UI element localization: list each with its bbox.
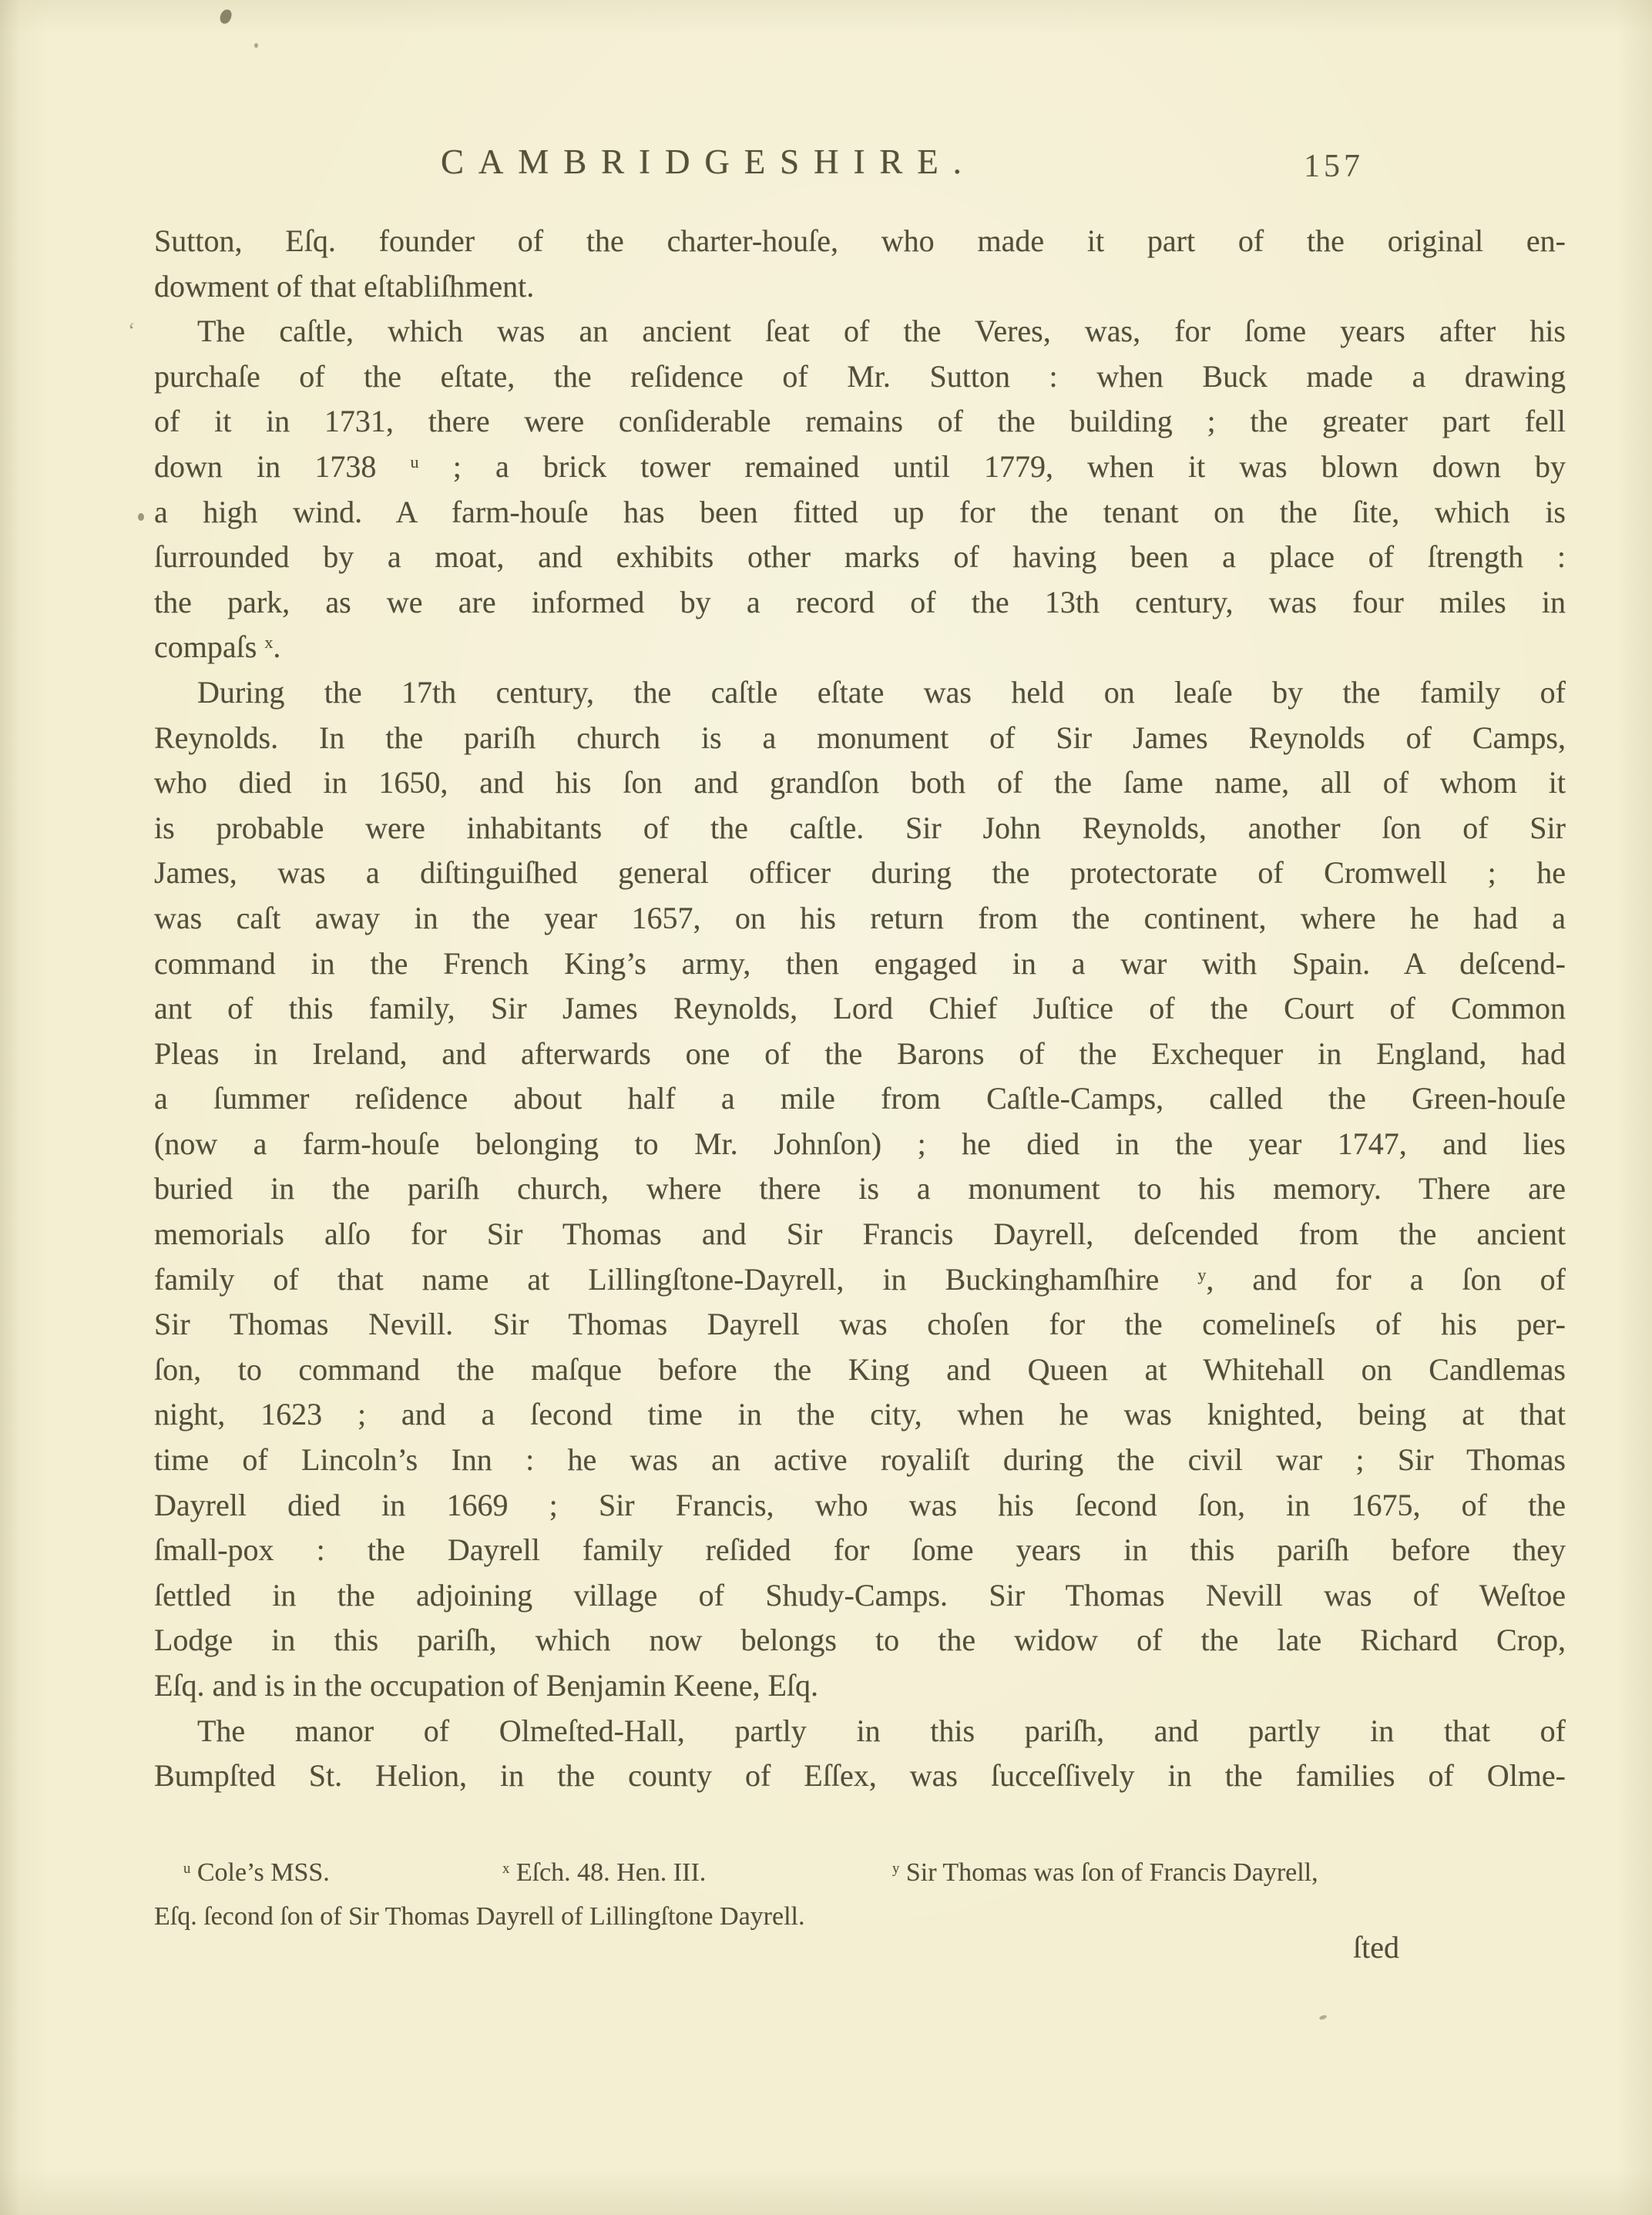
page-number: 157 [1304,148,1364,185]
text-line-27: night, 1623 ; and a ſecond time in the c… [154,1392,1566,1438]
text-line-30: ſmall-pox : the Dayrell family reſided f… [154,1528,1566,1573]
ink-speck [219,8,233,25]
text-line-18: ant of this family, Sir James Reynolds, … [154,986,1566,1032]
text-line-13: who died in 1650, and his ſon and grandſ… [154,760,1566,806]
text-line-15: James, was a diſtinguiſhed general offic… [154,851,1566,896]
text-line-9: the park, as we are informed by a record… [154,580,1566,626]
text-line-20: a ſummer reſidence about half a mile fro… [154,1076,1566,1122]
text-line-17: command in the French King’s army, then … [154,941,1566,987]
text-line-34: The manor of Olmeſted-Hall, partly in th… [154,1709,1566,1754]
footnote-u: u Cole’s MSS. [183,1851,330,1894]
paper-fleck [1318,2014,1327,2020]
text-line-22: buried in the pariſh church, where there… [154,1166,1566,1212]
running-title: CAMBRIDGESHIRE. [441,142,976,182]
text-line-33: Eſq. and is in the occupation of Benjami… [154,1663,1566,1709]
text-line-10: compaſs x. [154,625,1566,670]
text-line-23: memorials alſo for Sir Thomas and Sir Fr… [154,1212,1566,1257]
footnote-row: u Cole’s MSS. x Eſch. 48. Hen. III. y Si… [154,1851,1566,1894]
body-text: Sutton, Eſq. founder of the charter-houſ… [154,219,1566,1799]
text-line-29: Dayrell died in 1669 ; Sir Francis, who … [154,1483,1566,1529]
text-line-6: down in 1738 u ; a brick tower remained … [154,445,1566,490]
margin-mark [138,513,144,521]
margin-mark: ‘ [128,319,135,344]
text-line-5: of it in 1731, there were conſiderable r… [154,399,1566,445]
text-line-4: purchaſe of the eſtate, the reſidence of… [154,354,1566,400]
text-line-31: ſettled in the adjoining village of Shud… [154,1573,1566,1619]
text-line-19: Pleas in Ireland, and afterwards one of … [154,1032,1566,1077]
catchword: ſted [1353,1929,1399,1965]
ink-speck [254,43,258,48]
footnote-y: y Sir Thomas was ſon of Francis Dayrell, [892,1851,1318,1894]
text-line-28: time of Lincoln’s Inn : he was an active… [154,1438,1566,1483]
text-line-32: Lodge in this pariſh, which now belongs … [154,1618,1566,1663]
text-line-12: Reynolds. In the pariſh church is a monu… [154,716,1566,761]
text-line-16: was caſt away in the year 1657, on his r… [154,896,1566,941]
text-line-3: The caſtle, which was an ancient ſeat of… [154,309,1566,354]
text-line-8: ſurrounded by a moat, and exhibits other… [154,535,1566,580]
footnotes: u Cole’s MSS. x Eſch. 48. Hen. III. y Si… [154,1851,1566,1938]
text-line-2: dowment of that eſtabliſhment. [154,264,1566,310]
footnote-x: x Eſch. 48. Hen. III. [502,1851,706,1894]
text-line-21: (now a farm-houſe belonging to Mr. Johnſ… [154,1122,1566,1167]
text-line-1: Sutton, Eſq. founder of the charter-houſ… [154,219,1566,264]
text-line-14: is probable were inhabitants of the caſt… [154,806,1566,851]
text-line-24: family of that name at Lillingſtone-Dayr… [154,1257,1566,1303]
text-line-35: Bumpſted St. Helion, in the county of Eſ… [154,1754,1566,1799]
text-line-11: During the 17th century, the caſtle eſta… [154,670,1566,716]
text-line-25: Sir Thomas Nevill. Sir Thomas Dayrell wa… [154,1302,1566,1347]
text-line-7: a high wind. A farm-houſe has been fitte… [154,490,1566,535]
book-page: ‘ CAMBRIDGESHIRE. 157 Sutton, Eſq. found… [0,0,1652,2215]
text-line-26: ſon, to command the maſque before the Ki… [154,1347,1566,1393]
